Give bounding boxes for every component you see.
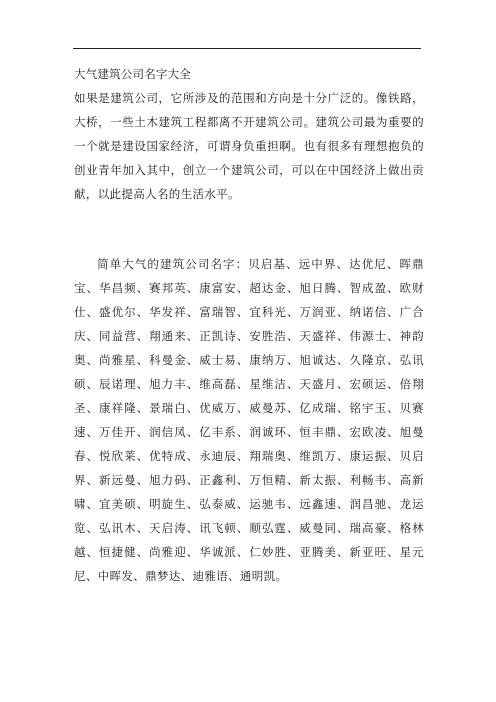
intro-paragraph: 如果是建筑公司，它所涉及的范围和方向是十分广泛的。像铁路，大桥，一些土木建筑工程… xyxy=(74,86,424,206)
company-names-paragraph: 简单大气的建筑公司名字：贝启基、远中界、达优尼、晖鼎宝、华昌频、赛邦英、康富安、… xyxy=(74,252,424,588)
document-page: 大气建筑公司名字大全 如果是建筑公司，它所涉及的范围和方向是十分广泛的。像铁路，… xyxy=(0,0,496,702)
document-title: 大气建筑公司名字大全 xyxy=(74,62,424,86)
document-body: 大气建筑公司名字大全 如果是建筑公司，它所涉及的范围和方向是十分广泛的。像铁路，… xyxy=(74,62,424,588)
header-rule xyxy=(73,48,421,49)
